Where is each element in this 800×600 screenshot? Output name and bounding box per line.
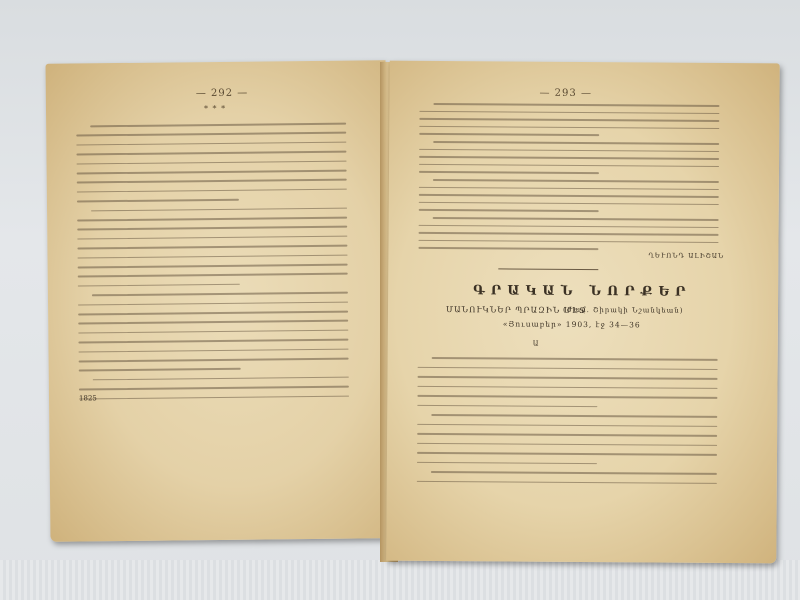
text-line bbox=[77, 245, 347, 249]
text-line bbox=[419, 171, 599, 174]
article-subtitle: (Ժամ. Շիրակի Նշանկեան) bbox=[563, 306, 684, 315]
text-line bbox=[417, 452, 717, 456]
section-marker: Ա bbox=[533, 340, 540, 348]
text-line bbox=[431, 414, 717, 418]
text-line bbox=[433, 217, 719, 221]
text-line bbox=[77, 217, 347, 221]
text-line bbox=[432, 357, 718, 361]
text-line bbox=[79, 348, 349, 352]
section-heading: ԳՐԱԿԱՆ ՆՈՐՔԵՐ bbox=[473, 283, 692, 300]
text-line bbox=[433, 179, 719, 183]
year-1825: 1825 bbox=[79, 394, 97, 402]
text-line bbox=[419, 148, 719, 152]
right-page: — 293 — ՂԵՒՈՆԴ ԱԼԻՇԱՆ ԳՐԱԿԱՆ ՆՈՐՔԵՐ ՄԱՆՈ… bbox=[386, 61, 779, 564]
text-line bbox=[92, 292, 348, 296]
text-line bbox=[78, 273, 348, 277]
text-line bbox=[78, 301, 348, 305]
text-line bbox=[93, 376, 349, 380]
author-signature: ՂԵՒՈՆԴ ԱԼԻՇԱՆ bbox=[648, 251, 724, 260]
text-line bbox=[78, 311, 348, 315]
text-line bbox=[78, 254, 348, 258]
text-line bbox=[79, 368, 241, 371]
text-line bbox=[419, 209, 599, 212]
table-surface bbox=[0, 560, 800, 600]
text-line bbox=[417, 395, 717, 399]
right-body-text-bottom bbox=[390, 61, 780, 64]
right-page-number: — 293 — bbox=[539, 88, 592, 99]
text-line bbox=[419, 126, 719, 130]
text-line bbox=[78, 284, 240, 287]
text-line bbox=[419, 133, 599, 136]
text-line bbox=[79, 358, 349, 362]
text-line bbox=[77, 160, 347, 164]
right-body-text-top bbox=[390, 61, 780, 64]
text-line bbox=[79, 395, 349, 399]
left-body-text bbox=[46, 60, 386, 64]
text-line bbox=[77, 188, 347, 192]
divider bbox=[498, 268, 598, 270]
ornament: * * * bbox=[204, 104, 226, 113]
text-line bbox=[77, 235, 347, 239]
text-line bbox=[419, 110, 719, 114]
text-line bbox=[433, 141, 719, 145]
text-line bbox=[76, 141, 346, 145]
text-line bbox=[417, 404, 597, 407]
text-line bbox=[419, 186, 719, 190]
left-page-number: — 292 — bbox=[196, 88, 249, 100]
text-line bbox=[419, 194, 719, 198]
text-line bbox=[77, 199, 239, 202]
text-line bbox=[78, 264, 348, 268]
text-line bbox=[419, 232, 719, 236]
text-line bbox=[418, 240, 718, 244]
text-line bbox=[418, 376, 718, 380]
text-line bbox=[78, 320, 348, 324]
text-line bbox=[77, 170, 347, 174]
text-line bbox=[76, 151, 346, 155]
text-line bbox=[419, 164, 719, 168]
text-line bbox=[431, 471, 717, 475]
text-line bbox=[418, 247, 598, 250]
text-line bbox=[417, 433, 717, 437]
text-line bbox=[418, 366, 718, 370]
text-line bbox=[78, 329, 348, 333]
text-line bbox=[419, 118, 719, 122]
text-line bbox=[77, 226, 347, 230]
text-line bbox=[419, 224, 719, 228]
text-line bbox=[417, 480, 717, 484]
text-line bbox=[90, 123, 346, 127]
citation: «Յուսաբեր» 1903, էջ 34—36 bbox=[503, 319, 641, 329]
text-line bbox=[76, 132, 346, 136]
text-line bbox=[417, 442, 717, 446]
text-line bbox=[417, 423, 717, 427]
text-line bbox=[419, 156, 719, 160]
text-line bbox=[417, 385, 717, 389]
left-page: — 292 — * * * 1825 bbox=[46, 60, 391, 542]
text-line bbox=[79, 386, 349, 390]
text-line bbox=[91, 207, 347, 211]
text-line bbox=[77, 179, 347, 183]
text-line bbox=[433, 103, 719, 107]
text-line bbox=[78, 339, 348, 343]
text-line bbox=[419, 202, 719, 206]
text-line bbox=[417, 461, 597, 464]
